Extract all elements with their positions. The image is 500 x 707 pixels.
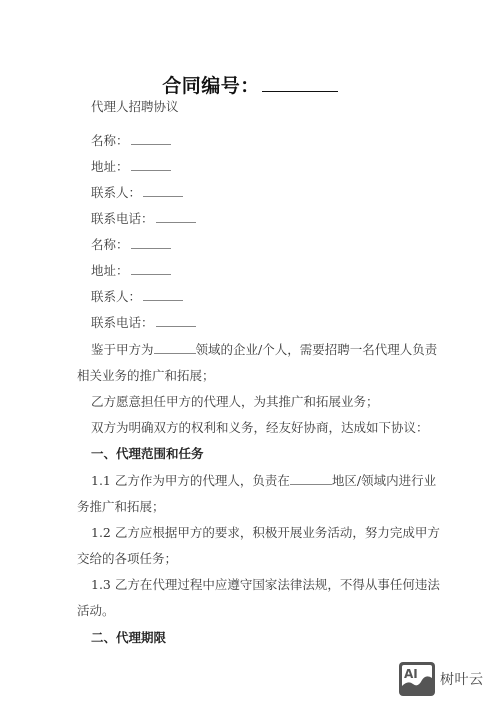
watermark-brand: 树叶云 (440, 669, 484, 689)
party-a-contact-label: 联系人： (91, 185, 141, 200)
clause-1-1-text-b: 地区/领域内进行业 (332, 473, 436, 488)
party-b-phone-field: 联系电话： (91, 315, 491, 331)
ai-image-logo-icon: AI (399, 662, 435, 696)
agreement-subtitle: 代理人招聘协议 (91, 99, 491, 115)
party-b-contact-field: 联系人： (91, 289, 491, 305)
preamble-p1-text-a: 鉴于甲方为 (91, 342, 154, 357)
party-a-name-blank (131, 133, 171, 145)
party-b-phone-label: 联系电话： (91, 315, 154, 330)
clause-1-1-text-a: 1.1 乙方作为甲方的代理人，负责在 (91, 473, 290, 488)
section-2-heading: 二、代理期限 (91, 630, 491, 646)
preamble-paragraph-2: 乙方愿意担任甲方的代理人，为其推广和拓展业务； (91, 394, 491, 410)
clause-1-1-cont: 务推广和拓展； (77, 499, 477, 515)
party-a-contact-field: 联系人： (91, 185, 491, 201)
party-a-name-label: 名称： (91, 133, 129, 148)
clause-1-3-cont: 活动。 (77, 603, 477, 619)
clause-1-1: 1.1 乙方作为甲方的代理人，负责在地区/领域内进行业 (91, 473, 491, 489)
party-a-phone-blank (156, 211, 196, 223)
contract-number-blank (262, 75, 338, 92)
document-page: 合同编号： 代理人招聘协议 名称： 地址： 联系人： 联系电话： 名称： 地址：… (0, 0, 500, 707)
preamble-paragraph-1-cont: 相关业务的推广和拓展； (77, 368, 477, 384)
region-blank (290, 473, 332, 485)
title-text: 合同编号： (162, 75, 260, 97)
party-b-address-blank (131, 263, 171, 275)
clause-1-2: 1.2 乙方应根据甲方的要求，积极开展业务活动，努力完成甲方 (91, 525, 491, 541)
party-a-name-field: 名称： (91, 133, 491, 149)
party-b-contact-label: 联系人： (91, 289, 141, 304)
party-b-name-label: 名称： (91, 237, 129, 252)
party-b-address-label: 地址： (91, 263, 129, 278)
party-a-contact-blank (143, 185, 183, 197)
clause-1-3: 1.3 乙方在代理过程中应遵守国家法律法规，不得从事任何违法 (91, 577, 491, 593)
party-a-phone-field: 联系电话： (91, 211, 491, 227)
clause-1-2-cont: 交给的各项任务； (77, 551, 477, 567)
preamble-paragraph-1: 鉴于甲方为领域的企业/个人，需要招聘一名代理人负责 (91, 342, 491, 358)
party-a-address-field: 地址： (91, 159, 491, 175)
svg-text:AI: AI (404, 667, 418, 681)
contract-number-title: 合同编号： (0, 71, 500, 98)
party-b-contact-blank (143, 289, 183, 301)
party-b-address-field: 地址： (91, 263, 491, 279)
watermark: AI 树叶云 (399, 662, 484, 696)
preamble-paragraph-3: 双方为明确双方的权利和义务，经友好协商，达成如下协议： (91, 420, 491, 436)
section-1-heading: 一、代理范围和任务 (91, 446, 491, 462)
party-b-phone-blank (156, 315, 196, 327)
party-a-address-label: 地址： (91, 159, 129, 174)
party-b-name-blank (131, 237, 171, 249)
party-a-address-blank (131, 159, 171, 171)
party-a-phone-label: 联系电话： (91, 211, 154, 226)
party-b-name-field: 名称： (91, 237, 491, 253)
field-blank (154, 342, 196, 354)
preamble-p1-text-b: 领域的企业/个人，需要招聘一名代理人负责 (196, 342, 438, 357)
